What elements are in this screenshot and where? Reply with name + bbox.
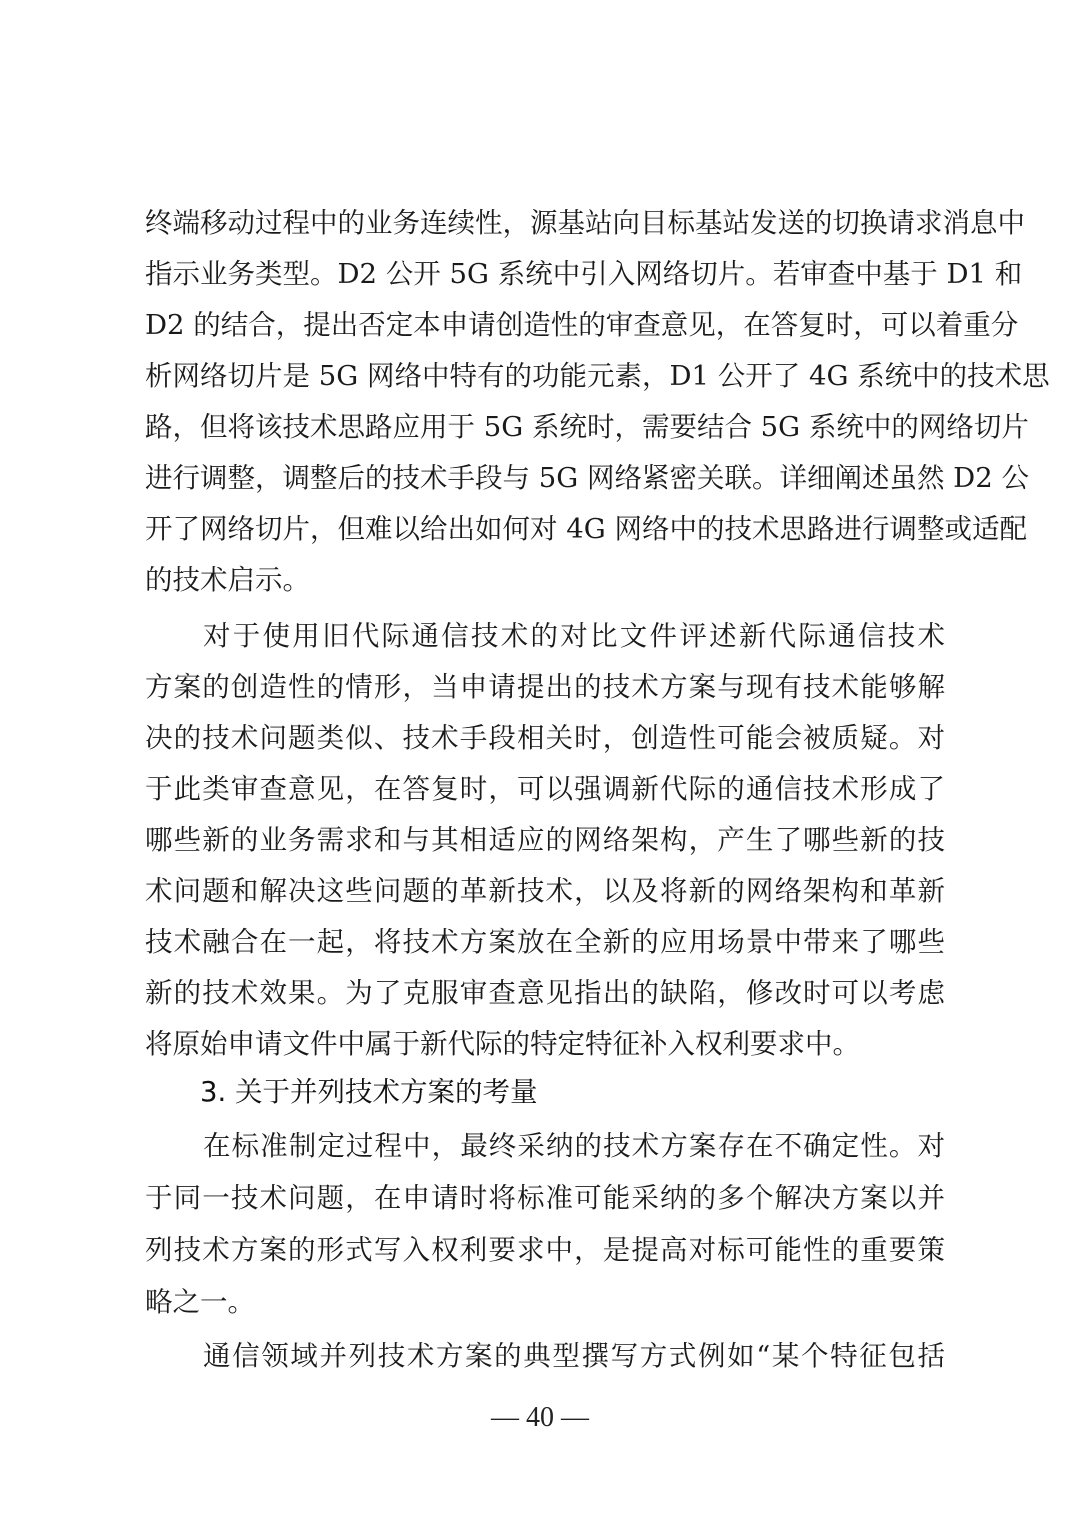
paragraph-line: 在标准制定过程中，最终采纳的技术方案存在不确定性。对 xyxy=(203,1128,945,1164)
paragraph-line: 进行调整，调整后的技术手段与 5G 网络紧密关联。详细阐述虽然 D2 公 xyxy=(145,460,945,496)
paragraph-line: 析网络切片是 5G 网络中特有的功能元素，D1 公开了 4G 系统中的技术思 xyxy=(145,358,945,394)
paragraph-line: 列技术方案的形式写入权利要求中，是提高对标可能性的重要策 xyxy=(145,1232,945,1268)
paragraph-line: 决的技术问题类似、技术手段相关时，创造性可能会被质疑。对 xyxy=(145,720,945,756)
paragraph-line: 于同一技术问题，在申请时将标准可能采纳的多个解决方案以并 xyxy=(145,1180,945,1216)
paragraph-line: 术问题和解决这些问题的革新技术，以及将新的网络架构和革新 xyxy=(145,873,945,909)
section-heading: 3. 关于并列技术方案的考量 xyxy=(200,1074,537,1110)
paragraph-line: 的技术启示。 xyxy=(145,562,945,598)
paragraph-line: 开了网络切片，但难以给出如何对 4G 网络中的技术思路进行调整或适配 xyxy=(145,511,945,547)
paragraph-line: 将原始申请文件中属于新代际的特定特征补入权利要求中。 xyxy=(145,1026,945,1062)
paragraph-line: 路，但将该技术思路应用于 5G 系统时，需要结合 5G 系统中的网络切片 xyxy=(145,409,945,445)
paragraph-line: 略之一。 xyxy=(145,1284,945,1320)
document-page: 终端移动过程中的业务连续性，源基站向目标基站发送的切换请求消息中 指示业务类型。… xyxy=(0,0,1080,1527)
paragraph-line: 方案的创造性的情形，当申请提出的技术方案与现有技术能够解 xyxy=(145,669,945,705)
page-number: — 40 — xyxy=(0,1400,1080,1436)
paragraph-line: 终端移动过程中的业务连续性，源基站向目标基站发送的切换请求消息中 xyxy=(145,205,945,241)
paragraph-line: 通信领域并列技术方案的典型撰写方式例如“某个特征包括 xyxy=(203,1338,945,1374)
paragraph-line: 指示业务类型。D2 公开 5G 系统中引入网络切片。若审查中基于 D1 和 xyxy=(145,256,945,292)
paragraph-line: 于此类审查意见，在答复时，可以强调新代际的通信技术形成了 xyxy=(145,771,945,807)
paragraph-line: 对于使用旧代际通信技术的对比文件评述新代际通信技术 xyxy=(203,618,945,654)
paragraph-line: 技术融合在一起，将技术方案放在全新的应用场景中带来了哪些 xyxy=(145,924,945,960)
paragraph-line: D2 的结合，提出否定本申请创造性的审查意见，在答复时，可以着重分 xyxy=(145,307,945,343)
paragraph-line: 哪些新的业务需求和与其相适应的网络架构，产生了哪些新的技 xyxy=(145,822,945,858)
paragraph-line: 新的技术效果。为了克服审查意见指出的缺陷，修改时可以考虑 xyxy=(145,975,945,1011)
